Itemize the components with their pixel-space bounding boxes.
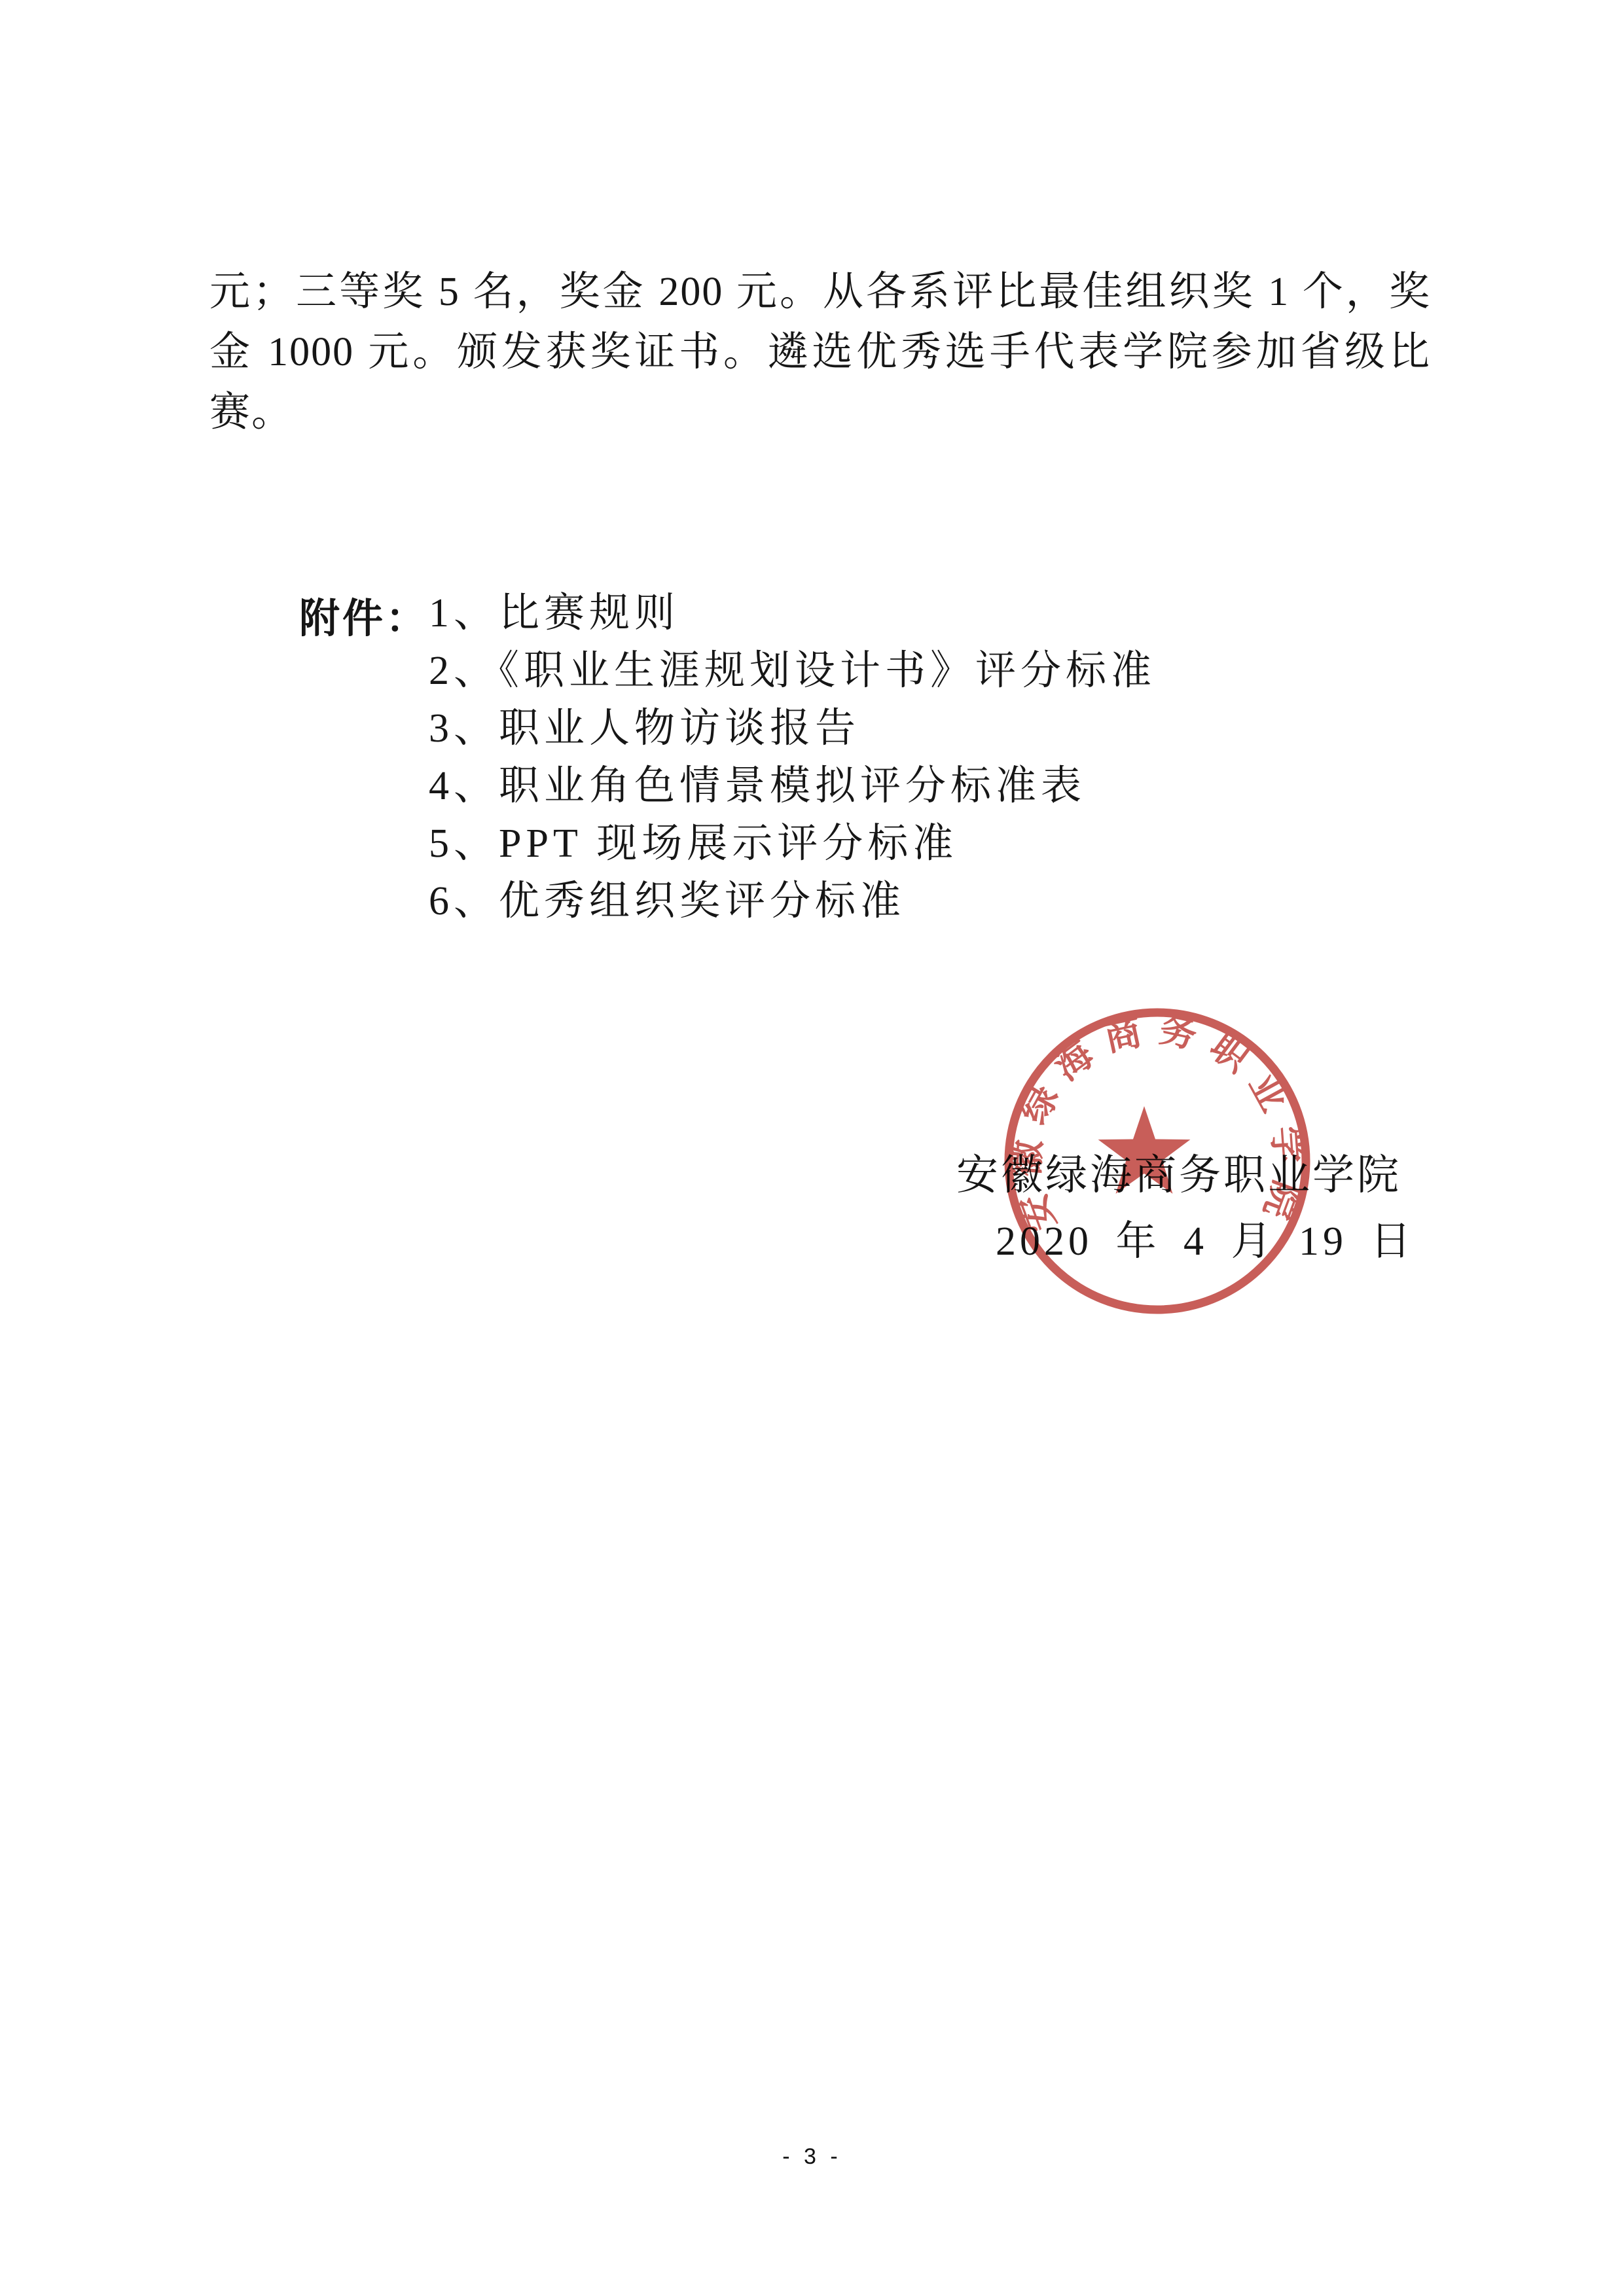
star-icon	[1098, 1106, 1191, 1194]
paragraph-line: 金 1000 元。颁发获奖证书。遴选优秀选手代表学院参加省级比	[209, 322, 1431, 382]
attachment-item: 1、比赛规则	[429, 584, 1156, 642]
attachment-item: 5、PPT 现场展示评分标准	[429, 815, 1156, 872]
attachments-label: 附件：	[299, 586, 429, 644]
official-seal: 安徽绿海商务职业学院	[994, 997, 1321, 1325]
paragraph-line: 赛。	[209, 382, 1431, 442]
paragraph-line: 元；三等奖 5 名，奖金 200 元。从各系评比最佳组织奖 1 个，奖	[209, 262, 1431, 322]
attachments-list: 1、比赛规则 2、《职业生涯规划设计书》评分标准 3、职业人物访谈报告 4、职业…	[429, 584, 1156, 930]
body-paragraph: 元；三等奖 5 名，奖金 200 元。从各系评比最佳组织奖 1 个，奖 金 10…	[209, 262, 1431, 442]
page-number: - 3 -	[0, 2144, 1624, 2170]
attachment-item: 6、优秀组织奖评分标准	[429, 872, 1156, 930]
attachment-item: 2、《职业生涯规划设计书》评分标准	[429, 642, 1156, 700]
attachment-item: 4、职业角色情景模拟评分标准表	[429, 757, 1156, 815]
attachment-item: 3、职业人物访谈报告	[429, 700, 1156, 757]
seal-ring-text: 安徽绿海商务职业学院	[1006, 1009, 1308, 1237]
document-page: 元；三等奖 5 名，奖金 200 元。从各系评比最佳组织奖 1 个，奖 金 10…	[0, 0, 1624, 2296]
